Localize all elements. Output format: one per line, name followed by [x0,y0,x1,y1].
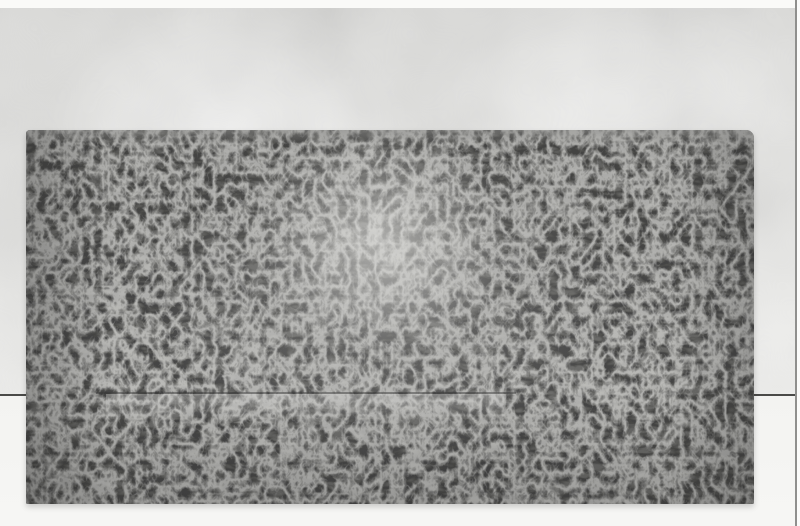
backdrop-fold-line-right [752,394,796,396]
inner-cavity-ledge [96,392,516,394]
print-border-top [0,0,800,8]
block-top-edge [26,130,754,144]
interior-light [26,130,754,504]
inner-cavity-glow [106,394,506,420]
photograph [0,0,800,526]
wire-mesh-block [26,130,754,504]
backdrop-fold-line-left [0,394,28,396]
